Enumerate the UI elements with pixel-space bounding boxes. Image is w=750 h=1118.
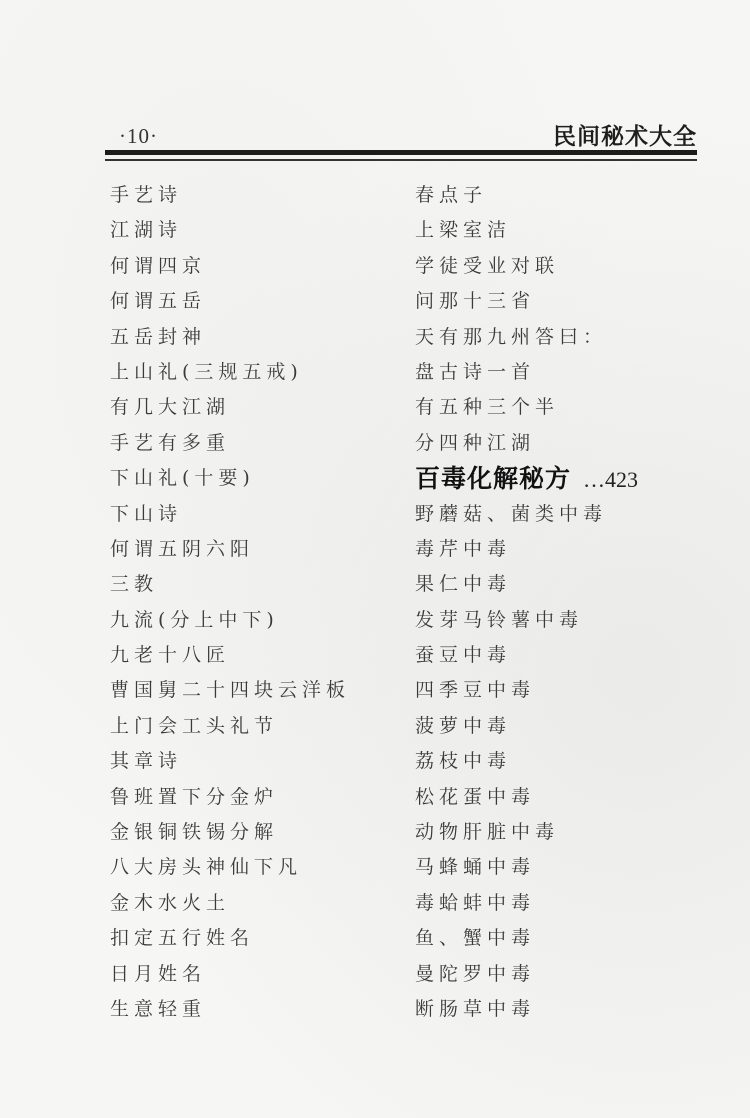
toc-entry: 九老十八匠 [110,638,400,673]
toc-entry: 江湖诗 [110,213,400,248]
toc-entry: 盘古诗一首 [415,355,715,390]
toc-entry: 分四种江湖 [415,426,715,461]
toc-entry: 九流(分上中下) [110,603,400,638]
toc-section-heading: 百毒化解秘方…423 [415,461,715,496]
toc-entry: 四季豆中毒 [415,673,715,708]
toc-entry: 手艺有多重 [110,426,400,461]
page-number: ·10· [119,124,158,149]
toc-entry: 毒蛤蚌中毒 [415,886,715,921]
toc-entry: 金木水火土 [110,886,400,921]
toc-entry: 五岳封神 [110,320,400,355]
toc-entry: 鲁班置下分金炉 [110,780,400,815]
toc-entry: 菠萝中毒 [415,709,715,744]
section-title: 百毒化解秘方 [415,464,571,493]
toc-entry: 荔枝中毒 [415,744,715,779]
toc-entry: 松花蛋中毒 [415,780,715,815]
toc-entry: 蚕豆中毒 [415,638,715,673]
toc-entry: 手艺诗 [110,178,400,213]
toc-entry: 上山礼(三规五戒) [110,355,400,390]
toc-entry: 毒芹中毒 [415,532,715,567]
section-page-number: 423 [605,467,638,492]
toc-entry: 何谓五阴六阳 [110,532,400,567]
toc-entry: 发芽马铃薯中毒 [415,603,715,638]
book-page: ·10· 民间秘术大全 手艺诗 江湖诗 何谓四京 何谓五岳 五岳封神 上山礼(三… [0,0,750,1118]
section-leader-dots: … [583,467,605,492]
toc-entry: 鱼、蟹中毒 [415,921,715,956]
header-rule-thin [105,159,697,161]
toc-entry: 野蘑菇、菌类中毒 [415,497,715,532]
toc-entry: 下山礼(十要) [110,461,400,496]
toc-entry: 金银铜铁锡分解 [110,815,400,850]
toc-entry: 天有那九州答曰： [415,320,715,355]
toc-entry: 曹国舅二十四块云洋板 [110,673,400,708]
book-title: 民间秘术大全 [553,118,697,151]
toc-left-column: 手艺诗 江湖诗 何谓四京 何谓五岳 五岳封神 上山礼(三规五戒) 有几大江湖 手… [110,178,400,1027]
toc-entry: 八大房头神仙下凡 [110,850,400,885]
toc-entry: 春点子 [415,178,715,213]
toc-entry: 扣定五行姓名 [110,921,400,956]
toc-entry: 动物肝脏中毒 [415,815,715,850]
toc-entry: 上门会工头礼节 [110,709,400,744]
toc-entry: 果仁中毒 [415,567,715,602]
toc-entry: 其章诗 [110,744,400,779]
toc-entry: 曼陀罗中毒 [415,957,715,992]
toc-entry: 上梁室洁 [415,213,715,248]
toc-entry: 生意轻重 [110,992,400,1027]
toc-entry: 断肠草中毒 [415,992,715,1027]
toc-entry: 问那十三省 [415,284,715,319]
toc-entry: 学徒受业对联 [415,249,715,284]
toc-entry: 三教 [110,567,400,602]
toc-entry: 日月姓名 [110,957,400,992]
toc-entry: 何谓四京 [110,249,400,284]
toc-entry: 何谓五岳 [110,284,400,319]
toc-entry: 马蜂蛹中毒 [415,850,715,885]
toc-entry: 下山诗 [110,497,400,532]
toc-right-column: 春点子 上梁室洁 学徒受业对联 问那十三省 天有那九州答曰： 盘古诗一首 有五种… [415,178,715,1027]
toc-entry: 有五种三个半 [415,390,715,425]
toc-entry: 有几大江湖 [110,390,400,425]
page-header: ·10· 民间秘术大全 [105,118,697,148]
header-rule-thick [105,150,697,155]
